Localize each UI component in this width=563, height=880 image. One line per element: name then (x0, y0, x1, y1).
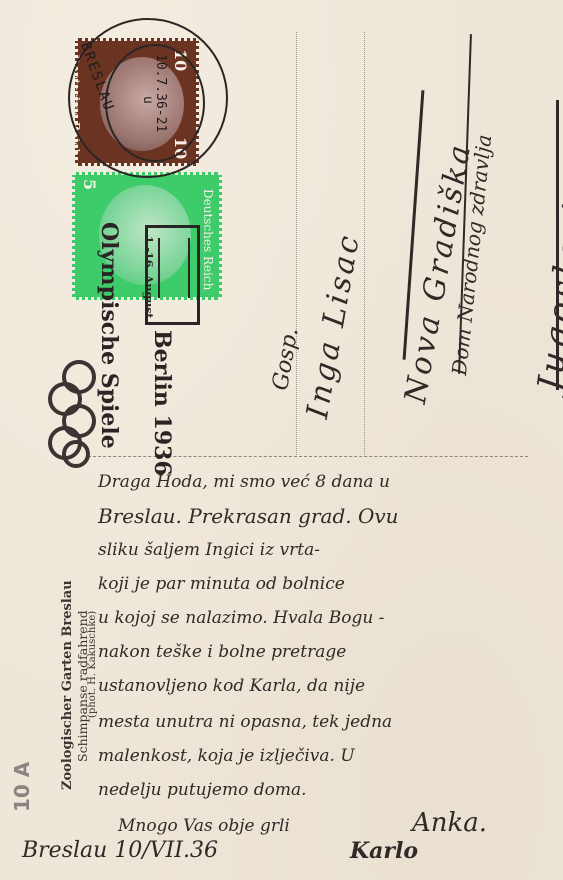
cancel-olympic-city: Berlin 1936 (149, 330, 175, 476)
stamp-denomination: 5 (80, 179, 99, 190)
message-line: ustanovljeno kod Karla, da nije (98, 676, 365, 696)
caption-title: Zoologischer Garten Breslau (60, 580, 75, 790)
stamp-country: Deutsches Reich (201, 189, 215, 290)
address-country-underline (556, 100, 559, 390)
place-date: Breslau 10/VII.36 (22, 838, 218, 863)
message-line: Draga Hoda, mi smo već 8 dana u (98, 472, 390, 492)
message-line: Breslau. Prekrasan grad. Ovu (98, 506, 399, 526)
message-line: sliku šaljem Ingici iz vrta- (98, 540, 320, 560)
signature-karlo: Karlo (350, 838, 418, 864)
address-recipient: Inga Lisac (300, 230, 367, 421)
message-line: u kojoj se nalazimo. Hvala Bogu - (98, 608, 384, 628)
postmark-date: 10.7.36-21 (153, 54, 168, 132)
olympic-ring-icon (62, 440, 90, 468)
message-line: malenkost, koja je izlječiva. U (98, 746, 355, 766)
caption-credit: (phot. H. Kakuschke) (87, 611, 98, 718)
message-line: nakon teške i bolne pretrage (98, 642, 346, 662)
message-line: koji je par minuta od bolnice (98, 574, 345, 594)
postmark-code: u (140, 96, 155, 104)
vertical-divider-left (296, 32, 297, 457)
message-line: Mnogo Vas obje grli (118, 816, 290, 836)
message-line: nedelju putujemo doma. (98, 780, 307, 800)
message-line: mesta unutra ni opasna, tek jedna (98, 712, 392, 732)
cancel-olympic-dates: 1.-16. August (142, 236, 155, 319)
cancel-olympic-title: Olympische Spiele (96, 222, 122, 449)
postcard-back: 10 10 Deutsches Reich 5 Deutsches Reich … (0, 0, 563, 880)
address-salutation: Gosp. (268, 326, 304, 393)
pencil-note: 10 A (10, 762, 34, 812)
signature-anka: Anka. (412, 808, 487, 838)
